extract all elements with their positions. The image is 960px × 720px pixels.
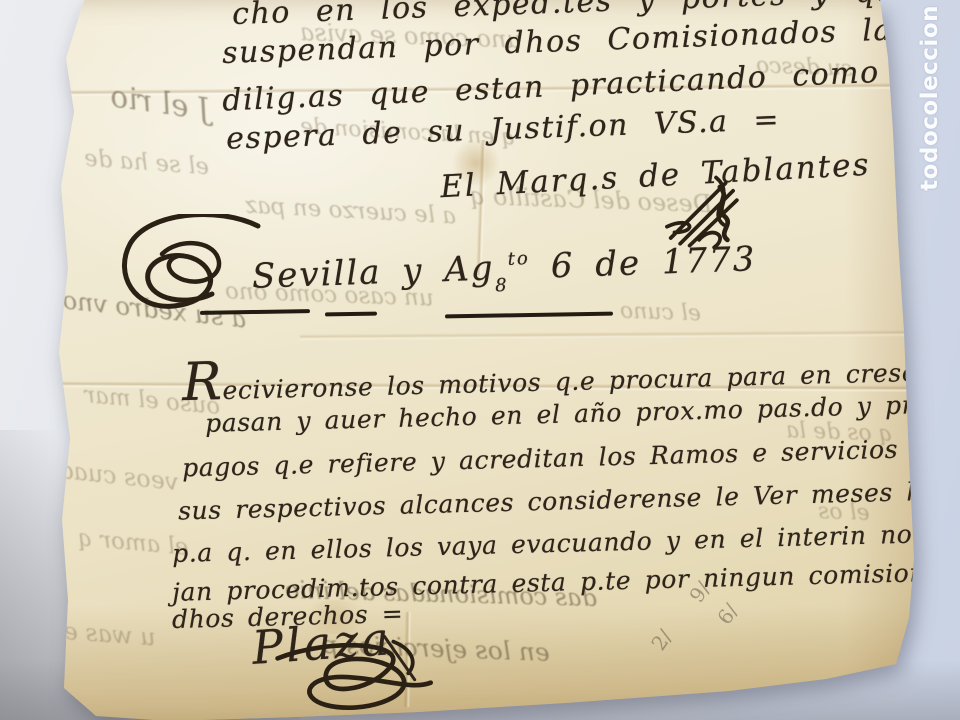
manuscript-sheet-wrapper: uno como se avisa J el rio el se ha de q… bbox=[0, 0, 960, 720]
signature-clerk-rubric bbox=[266, 636, 446, 720]
dateline-day-year: 6 de 1773 bbox=[550, 239, 757, 286]
photo-scene: uno como se avisa J el rio el se ha de q… bbox=[0, 0, 960, 720]
manuscript-sheet: uno como se avisa J el rio el se ha de q… bbox=[0, 0, 960, 720]
paraph-flourish bbox=[108, 214, 268, 319]
ghost-text: el cuno bbox=[620, 299, 702, 327]
dateline-month-subscript: 8 bbox=[495, 275, 509, 296]
dateline-month-superscript: to bbox=[507, 248, 530, 270]
dateline-place-month: Sevilla y Ag bbox=[251, 248, 495, 296]
todocoleccion-watermark: todocoleccion bbox=[917, 5, 943, 191]
